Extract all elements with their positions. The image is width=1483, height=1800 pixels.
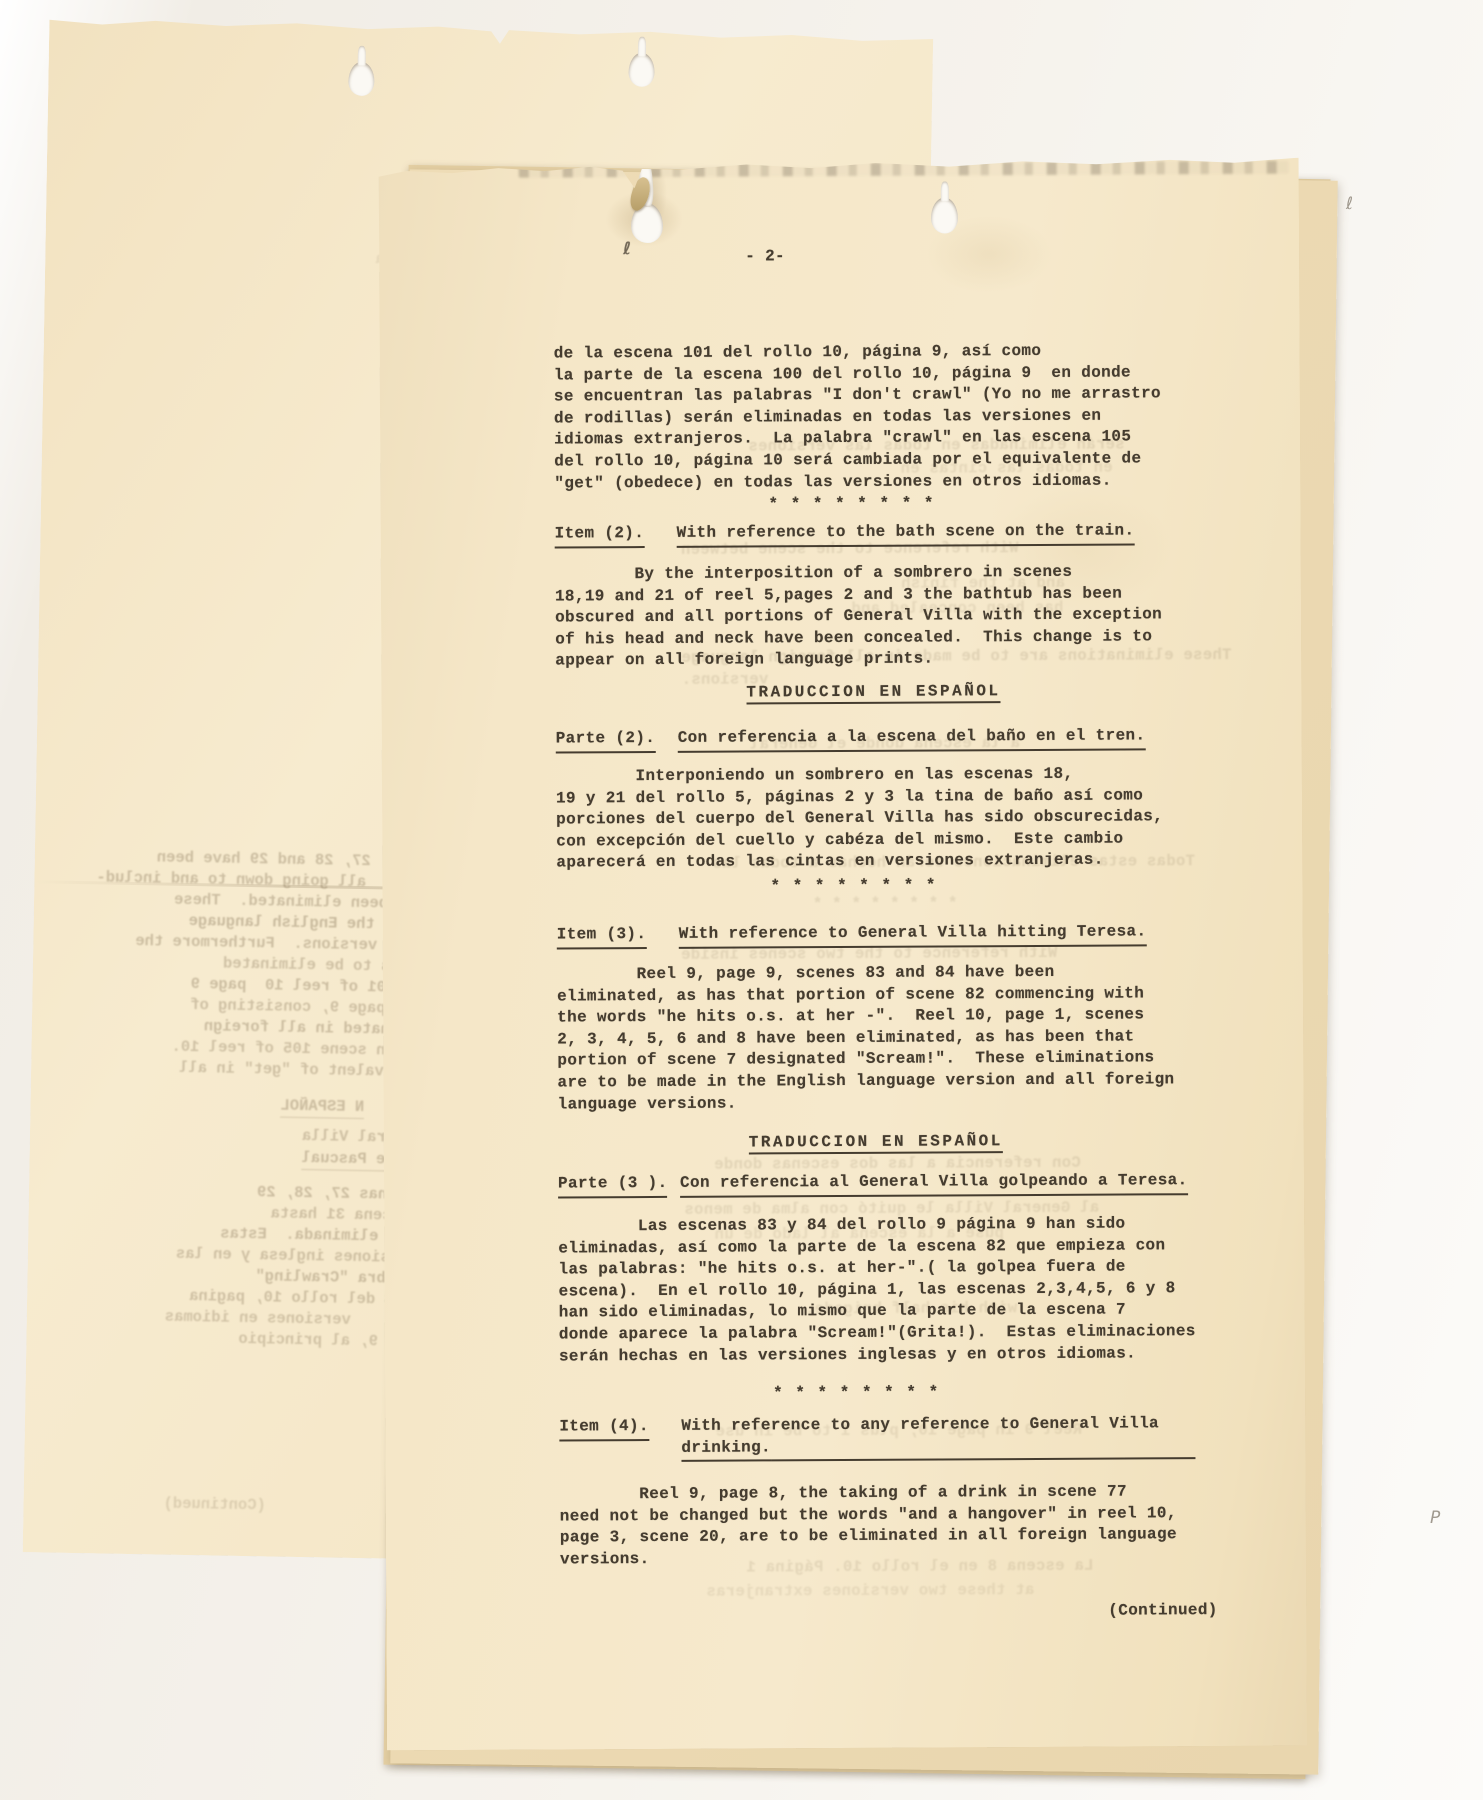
pencil-mark: ℓ bbox=[623, 239, 631, 261]
pencil-mark: ℓ bbox=[1346, 194, 1353, 214]
item-2-label: Item (2). bbox=[555, 523, 645, 548]
item-3-title: With reference to General Villa hitting … bbox=[679, 921, 1147, 948]
item-2-heading: Item (2). With reference to the bath sce… bbox=[555, 520, 1191, 548]
punch-hole bbox=[628, 53, 655, 87]
ghost-text-line: N ESPAÑOL bbox=[280, 1097, 364, 1119]
punch-hole bbox=[348, 62, 375, 96]
ghost-text-line: ivalent of "get" in all bbox=[179, 1059, 393, 1082]
text-line: obscured and all portions of General Vil… bbox=[555, 604, 1195, 629]
text-line: "get" (obedece) en todas las versiones e… bbox=[554, 470, 1194, 495]
section-separator: * * * * * * * * bbox=[768, 494, 935, 516]
text-line: language versions. bbox=[558, 1091, 1198, 1116]
document-photo: no hacer escrito para una escenaen cuant… bbox=[0, 0, 1483, 1800]
item-4-paragraph: Reel 9, page 8, the taking of a drink in… bbox=[560, 1481, 1200, 1571]
punch-hole-tear bbox=[940, 181, 948, 201]
parte-3-paragraph: Las escenas 83 y 84 del rollo 9 página 9… bbox=[558, 1213, 1199, 1368]
parte-3-title: Con referencia al General Villa golpeand… bbox=[680, 1170, 1188, 1197]
text-line: are to be made in the English language v… bbox=[557, 1069, 1197, 1094]
item-4-title: With reference to any reference to Gener… bbox=[681, 1413, 1195, 1462]
text-line: of his head and neck have been concealed… bbox=[555, 626, 1195, 651]
punch-hole-tear bbox=[358, 46, 366, 66]
item-4-title-line1: With reference to any reference to Gener… bbox=[681, 1413, 1195, 1437]
text-line: aparecerá en todas las cintas en version… bbox=[556, 850, 1196, 875]
item-2-paragraph: By the interposition of a sombrero in sc… bbox=[555, 561, 1196, 672]
heading-underline-rule bbox=[771, 1441, 1196, 1461]
text-line: Las escenas 83 y 84 del rollo 9 página 9… bbox=[558, 1213, 1198, 1238]
text-line: appear on all foreign language prints. bbox=[555, 648, 1195, 673]
item-3-label: Item (3). bbox=[557, 924, 647, 949]
parte-3-heading: Parte (3 ). Con referencia al General Vi… bbox=[558, 1170, 1194, 1198]
item-3-heading: Item (3). With reference to General Vill… bbox=[557, 921, 1193, 949]
ghost-text-line: 10 page 9, consisting of bbox=[190, 996, 414, 1019]
ghost-text-line: in scene 105 of reel 10. bbox=[171, 1038, 395, 1061]
text-line: Reel 9, page 8, the taking of a drink in… bbox=[560, 1481, 1200, 1506]
parte-3-label: Parte (3 ). bbox=[558, 1173, 668, 1198]
item-4-label: Item (4). bbox=[559, 1416, 649, 1441]
item-4-title-line2: drinking. bbox=[681, 1435, 1195, 1462]
section-separator: * * * * * * * * bbox=[770, 876, 937, 898]
item-3-paragraph: Reel 9, page 9, scenes 83 and 84 have be… bbox=[557, 961, 1198, 1116]
heading-text: TRADUCCION EN ESPAÑOL bbox=[746, 682, 1000, 704]
heading-text: TRADUCCION EN ESPAÑOL bbox=[749, 1132, 1003, 1154]
ghost-text-line: been eliminated. These bbox=[174, 891, 388, 914]
text-line: versions. bbox=[560, 1546, 1200, 1571]
page-number: - 2- bbox=[745, 246, 785, 268]
text-line: donde aparece la palabra "Scream!"(Grita… bbox=[559, 1321, 1199, 1346]
parte-2-title: Con referencia a la escena del baño en e… bbox=[678, 725, 1146, 752]
ghost-text-line: the English language bbox=[189, 912, 375, 934]
ghost-text-line: versions. Furthermore the bbox=[135, 932, 377, 955]
ghost-text-line: all going down to and includ- bbox=[96, 868, 366, 892]
text-line: se encuentran las palabras "I don't craw… bbox=[554, 383, 1194, 408]
parte-2-heading: Parte (2). Con referencia a la escena de… bbox=[556, 725, 1192, 753]
item-4-heading: Item (4). With reference to any referenc… bbox=[559, 1413, 1195, 1441]
text-line: del rollo 10, página 10 será cambiada po… bbox=[554, 448, 1194, 473]
item-2-title: With reference to the bath scene on the … bbox=[677, 520, 1135, 547]
page-2-sheet: serán eliminadas en todas las versionese… bbox=[379, 158, 1307, 1751]
section-separator: * * * * * * * * bbox=[773, 1382, 940, 1404]
item-4-title-word: drinking. bbox=[681, 1437, 771, 1462]
text-line: page 3, scene 20, are to be eliminated i… bbox=[560, 1524, 1200, 1549]
ghost-text-line: at these two versiones extranjeras bbox=[706, 1581, 1034, 1602]
parte-2-paragraph: Interponiendo un sombrero en las escenas… bbox=[556, 763, 1197, 874]
punch-hole-torn bbox=[631, 203, 663, 243]
intro-paragraph: de la escena 101 del rollo 10, página 9,… bbox=[554, 340, 1195, 495]
punch-hole-tear bbox=[638, 37, 646, 57]
pencil-mark: P bbox=[1430, 1508, 1440, 1528]
spanish-translation-heading: TRADUCCION EN ESPAÑOL bbox=[555, 680, 1191, 705]
text-line: serán hechas en las versiones inglesas y… bbox=[559, 1343, 1199, 1368]
text-line: las palabras: "he hits o.s. at her-".( l… bbox=[558, 1256, 1198, 1281]
ghost-text-line: (Continued) bbox=[163, 1495, 266, 1516]
punch-hole bbox=[931, 197, 958, 233]
spanish-translation-heading: TRADUCCION EN ESPAÑOL bbox=[558, 1130, 1194, 1155]
continued-note: (Continued) bbox=[1108, 1600, 1218, 1622]
text-line: porciones del cuerpo del General Villa h… bbox=[556, 806, 1196, 831]
parte-2-label: Parte (2). bbox=[556, 728, 656, 753]
ghost-text-line: ersiones inglesa y en las bbox=[176, 1245, 409, 1268]
ghost-text-line: versiones en idiomas bbox=[165, 1308, 351, 1330]
ghost-text-line: 27, 28 and 29 have been bbox=[157, 848, 371, 871]
text-line: the words "he hits o.s. at her -". Reel … bbox=[557, 1004, 1197, 1029]
